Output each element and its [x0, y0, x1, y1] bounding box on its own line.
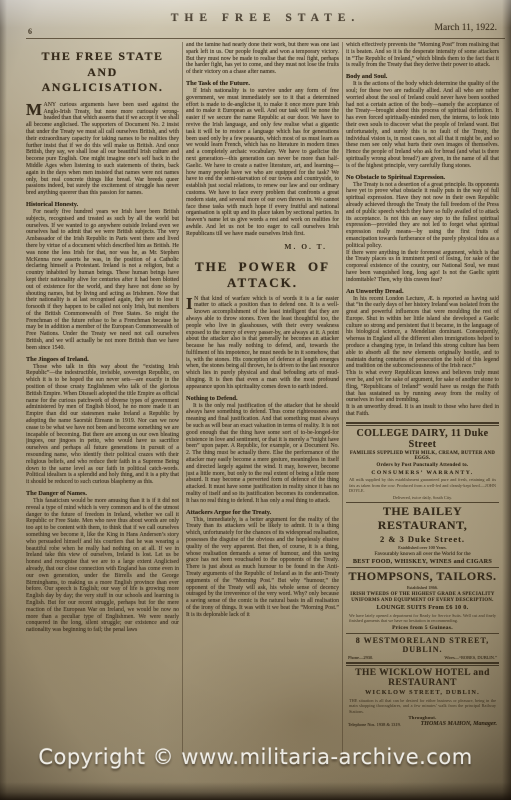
section-text: It is the actions of the body which dete…	[346, 81, 499, 169]
ad-bailey-restaurant: THE BAILEY RESTAURANT, 2 & 3 Duke Street…	[346, 505, 499, 565]
ad-phones: Telephone Nos. 1938 & 1319.	[348, 722, 401, 727]
ad-line: Throughout.	[346, 715, 499, 720]
section-heading: Historical Honesty.	[26, 201, 179, 208]
ad-fine-print: We have lately opened a department for R…	[349, 613, 496, 624]
ad-line: FAMILIES SUPPLIED WITH MILK, CREAM, BUTT…	[346, 451, 499, 461]
ad-manager: THOMAS MAHON, Manager.	[421, 721, 497, 727]
ad-address: 8 WESTMORELAND STREET, DUBLIN.	[346, 636, 499, 654]
ad-title: THE WICKLOW HOTEL and RESTAURANT	[346, 668, 499, 688]
ad-line: LOUNGE SUITS From £6 10 0.	[346, 604, 499, 611]
article-title: THE POWER OF ATTACK.	[186, 259, 339, 291]
ad-fine-print: THE situation is all that can be desired…	[349, 698, 496, 714]
column-divider	[342, 42, 343, 756]
section-text: This fanaticism would be more amusing th…	[26, 498, 179, 634]
ad-college-dairy: COLLEGE DAIRY, 11 Duke Street FAMILIES S…	[346, 428, 499, 500]
section-text: The Treaty is not a desertion of a great…	[346, 182, 499, 284]
ad-address: 2 & 3 Duke Street.	[346, 534, 499, 544]
ad-line: IRISH TWEEDS OF THE HIGHEST GRADE A SPEC…	[346, 592, 499, 597]
newspaper-photo: 6 THE FREE STATE. March 11, 1922. THE FR…	[0, 0, 511, 800]
section-heading: Attackers Argue for the Treaty.	[186, 509, 339, 516]
ad-line: BEST FOOD, WHISKEY, WINES and CIGARS	[346, 558, 499, 565]
author-initials: M. O. T.	[186, 242, 327, 251]
ad-divider	[346, 662, 499, 666]
section-text: Those who talk in this way about the “ex…	[26, 364, 179, 486]
section-heading: The Task of the Future.	[186, 80, 339, 87]
section-heading: An Unworthy Dread.	[346, 288, 499, 295]
section-heading: Body and Soul.	[346, 73, 499, 80]
section-text: This, immediately, is a better argument …	[186, 517, 339, 619]
section-text: If Irish nationality is to survive under…	[186, 88, 339, 238]
intro-text: ANY curious arguments have been used aga…	[26, 102, 179, 196]
ad-established: Established over 100 Years.	[346, 545, 499, 550]
dropcap-letter: I	[186, 296, 194, 310]
continuation-text: and the famine had nearly done their wor…	[186, 42, 339, 76]
ad-divider	[346, 502, 499, 503]
ad-thompsons-tailors: THOMPSONS, TAILORS. Established 1866. IR…	[346, 570, 499, 660]
section-heading: Nothing to Defend.	[186, 395, 339, 402]
right-column: which effectively prevents the “Morning …	[346, 42, 499, 756]
ad-line: Delivered, twice daily, South City.	[349, 495, 496, 500]
middle-column: and the famine had nearly done their wor…	[186, 42, 339, 756]
ad-wires: Wires—“ROBES, DUBLIN.”	[444, 655, 497, 660]
ad-address: WICKLOW STREET, DUBLIN.	[346, 689, 499, 696]
columns: THE FREE STATE AND ANGLICISATION. MANY c…	[26, 42, 505, 756]
intro-text: N that kind of warfare which is of words…	[186, 296, 339, 390]
dateline: March 11, 1922.	[435, 23, 497, 33]
ad-established: Established 1866.	[346, 585, 499, 590]
continuation-text: which effectively prevents the “Morning …	[346, 42, 499, 69]
column-divider	[182, 42, 183, 756]
article-intro: MANY curious arguments have been used ag…	[26, 102, 179, 197]
dropcap-letter: M	[26, 102, 44, 116]
ad-line: UNIFORMS AND EQUIPMENT OF EVERY DESCRIPT…	[346, 598, 499, 603]
advertisements: COLLEGE DAIRY, 11 Duke Street FAMILIES S…	[346, 422, 499, 728]
section-text: In his recent London Lecture, Æ. is repo…	[346, 296, 499, 418]
ad-wicklow-hotel: THE WICKLOW HOTEL and RESTAURANT WICKLOW…	[346, 668, 499, 728]
ad-title: COLLEGE DAIRY, 11 Duke Street	[346, 428, 499, 450]
ad-line: Favourably known all over the World for …	[346, 551, 499, 557]
page-number: 6	[28, 27, 32, 36]
ad-title: THE BAILEY RESTAURANT,	[346, 505, 499, 533]
section-heading: The Jingoes of Ireland.	[26, 356, 179, 363]
left-column: THE FREE STATE AND ANGLICISATION. MANY c…	[26, 42, 179, 756]
ad-title: THOMPSONS, TAILORS.	[346, 570, 499, 584]
section-text: It is the only real justification of the…	[186, 403, 339, 505]
ad-fine-print: All milk supplied by this establishment …	[349, 477, 496, 493]
article-intro: IN that kind of warfare which is of word…	[186, 296, 339, 391]
ad-contact-row: Phone—2930. Wires—“ROBES, DUBLIN.”	[348, 655, 497, 660]
article-title: THE FREE STATE AND ANGLICISATION.	[32, 49, 173, 96]
ad-contact-row: Telephone Nos. 1938 & 1319. THOMAS MAHON…	[348, 721, 497, 727]
section-text: For nearly five hundred years we Irish h…	[26, 209, 179, 352]
ad-subheading: CONSUMERS’ WARRANTY.	[346, 470, 499, 476]
ad-line: Orders by Post Punctually Attended to.	[346, 463, 499, 468]
ad-divider	[346, 633, 499, 634]
section-heading: No Obstacle to Spiritual Expression.	[346, 174, 499, 181]
ad-divider	[346, 422, 499, 426]
ad-phone: Phone—2930.	[348, 655, 373, 660]
ad-prices: Prices from 5 Guineas.	[346, 625, 499, 631]
ad-divider	[346, 567, 499, 568]
masthead-title: THE FREE STATE.	[26, 12, 505, 24]
newspaper-page: 6 THE FREE STATE. March 11, 1922. THE FR…	[0, 0, 511, 800]
section-heading: The Danger of Names.	[26, 490, 179, 497]
page-header: 6 THE FREE STATE. March 11, 1922.	[26, 12, 505, 39]
